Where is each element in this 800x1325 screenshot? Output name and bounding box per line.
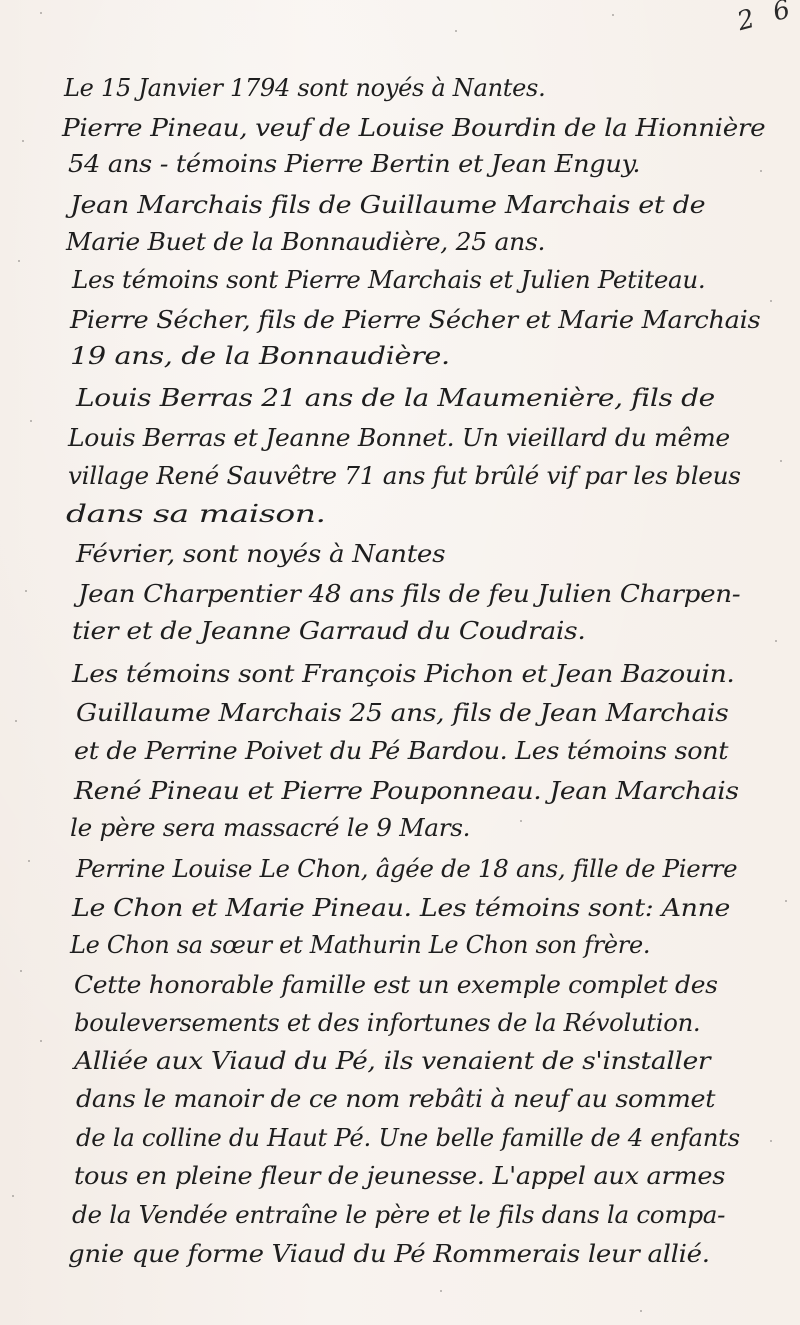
scan-speck xyxy=(18,260,20,262)
manuscript-line: Louis Berras 21 ans de la Maumenière, fi… xyxy=(76,386,715,410)
manuscript-line: Le 15 Janvier 1794 sont noyés à Nantes. xyxy=(64,76,565,100)
manuscript-line: Pierre Sécher, fils de Pierre Sécher et … xyxy=(70,308,760,332)
scan-speck xyxy=(40,1040,42,1042)
manuscript-line: 19 ans, de la Bonnaudière. xyxy=(70,344,450,368)
manuscript-line: Jean Charpentier 48 ans fils de feu Juli… xyxy=(78,582,740,606)
scan-speck xyxy=(770,1140,772,1142)
scan-speck xyxy=(785,900,787,902)
scan-speck xyxy=(22,140,24,142)
scan-speck xyxy=(30,420,32,422)
scan-speck xyxy=(770,300,772,302)
scan-speck xyxy=(28,860,30,862)
manuscript-line: dans le manoir de ce nom rebâti à neuf a… xyxy=(76,1087,715,1111)
manuscript-line: tier et de Jeanne Garraud du Coudrais. xyxy=(72,619,586,643)
scan-speck xyxy=(310,515,312,517)
manuscript-line: Louis Berras et Jeanne Bonnet. Un vieill… xyxy=(68,426,730,450)
manuscript-line: tous en pleine fleur de jeunesse. L'appe… xyxy=(74,1164,725,1188)
scan-speck xyxy=(520,820,522,822)
folio-number: 2 6 xyxy=(734,0,799,37)
manuscript-line: village René Sauvêtre 71 ans fut brûlé v… xyxy=(68,464,741,488)
manuscript-line: Les témoins sont François Pichon et Jean… xyxy=(72,662,735,686)
manuscript-line: René Pineau et Pierre Pouponneau. Jean M… xyxy=(74,779,739,803)
scan-speck xyxy=(20,970,22,972)
manuscript-line: gnie que forme Viaud du Pé Rommerais leu… xyxy=(68,1242,710,1266)
scan-speck xyxy=(775,640,777,642)
manuscript-line: Pierre Pineau, veuf de Louise Bourdin de… xyxy=(62,116,765,140)
manuscript-page: 2 6 Le 15 Janvier 1794 sont noyés à Nant… xyxy=(0,0,800,1325)
manuscript-line: 54 ans - témoins Pierre Bertin et Jean E… xyxy=(68,152,640,176)
manuscript-line: Jean Marchais fils de Guillaume Marchais… xyxy=(70,193,705,217)
manuscript-line: dans sa maison. xyxy=(66,502,326,526)
manuscript-line: de la Vendée entraîne le père et le fils… xyxy=(72,1203,725,1227)
scan-speck xyxy=(440,1290,442,1292)
manuscript-line: Les témoins sont Pierre Marchais et Juli… xyxy=(72,268,705,292)
scan-speck xyxy=(780,460,782,462)
manuscript-line: Marie Buet de la Bonnaudière, 25 ans. xyxy=(66,230,545,254)
manuscript-line: Perrine Louise Le Chon, âgée de 18 ans, … xyxy=(76,857,737,881)
manuscript-line: Cette honorable famille est un exemple c… xyxy=(74,973,718,997)
scan-speck xyxy=(12,1195,14,1197)
scan-speck xyxy=(40,12,42,14)
scan-speck xyxy=(455,30,457,32)
manuscript-line: Alliée aux Viaud du Pé, ils venaient de … xyxy=(74,1049,710,1073)
manuscript-line: bouleversements et des infortunes de la … xyxy=(74,1011,700,1035)
manuscript-line: et de Perrine Poivet du Pé Bardou. Les t… xyxy=(74,739,728,763)
scan-speck xyxy=(640,1310,642,1312)
scan-speck xyxy=(760,170,762,172)
scan-speck xyxy=(612,14,614,16)
scan-speck xyxy=(15,720,17,722)
manuscript-line: Le Chon sa sœur et Mathurin Le Chon son … xyxy=(70,933,650,957)
manuscript-line: Février, sont noyés à Nantes xyxy=(76,542,445,566)
manuscript-line: Le Chon et Marie Pineau. Les témoins son… xyxy=(72,896,730,920)
scan-speck xyxy=(25,590,27,592)
manuscript-line: Guillaume Marchais 25 ans, fils de Jean … xyxy=(76,701,728,725)
manuscript-line: le père sera massacré le 9 Mars. xyxy=(70,816,470,840)
manuscript-line: de la colline du Haut Pé. Une belle fami… xyxy=(76,1126,740,1150)
